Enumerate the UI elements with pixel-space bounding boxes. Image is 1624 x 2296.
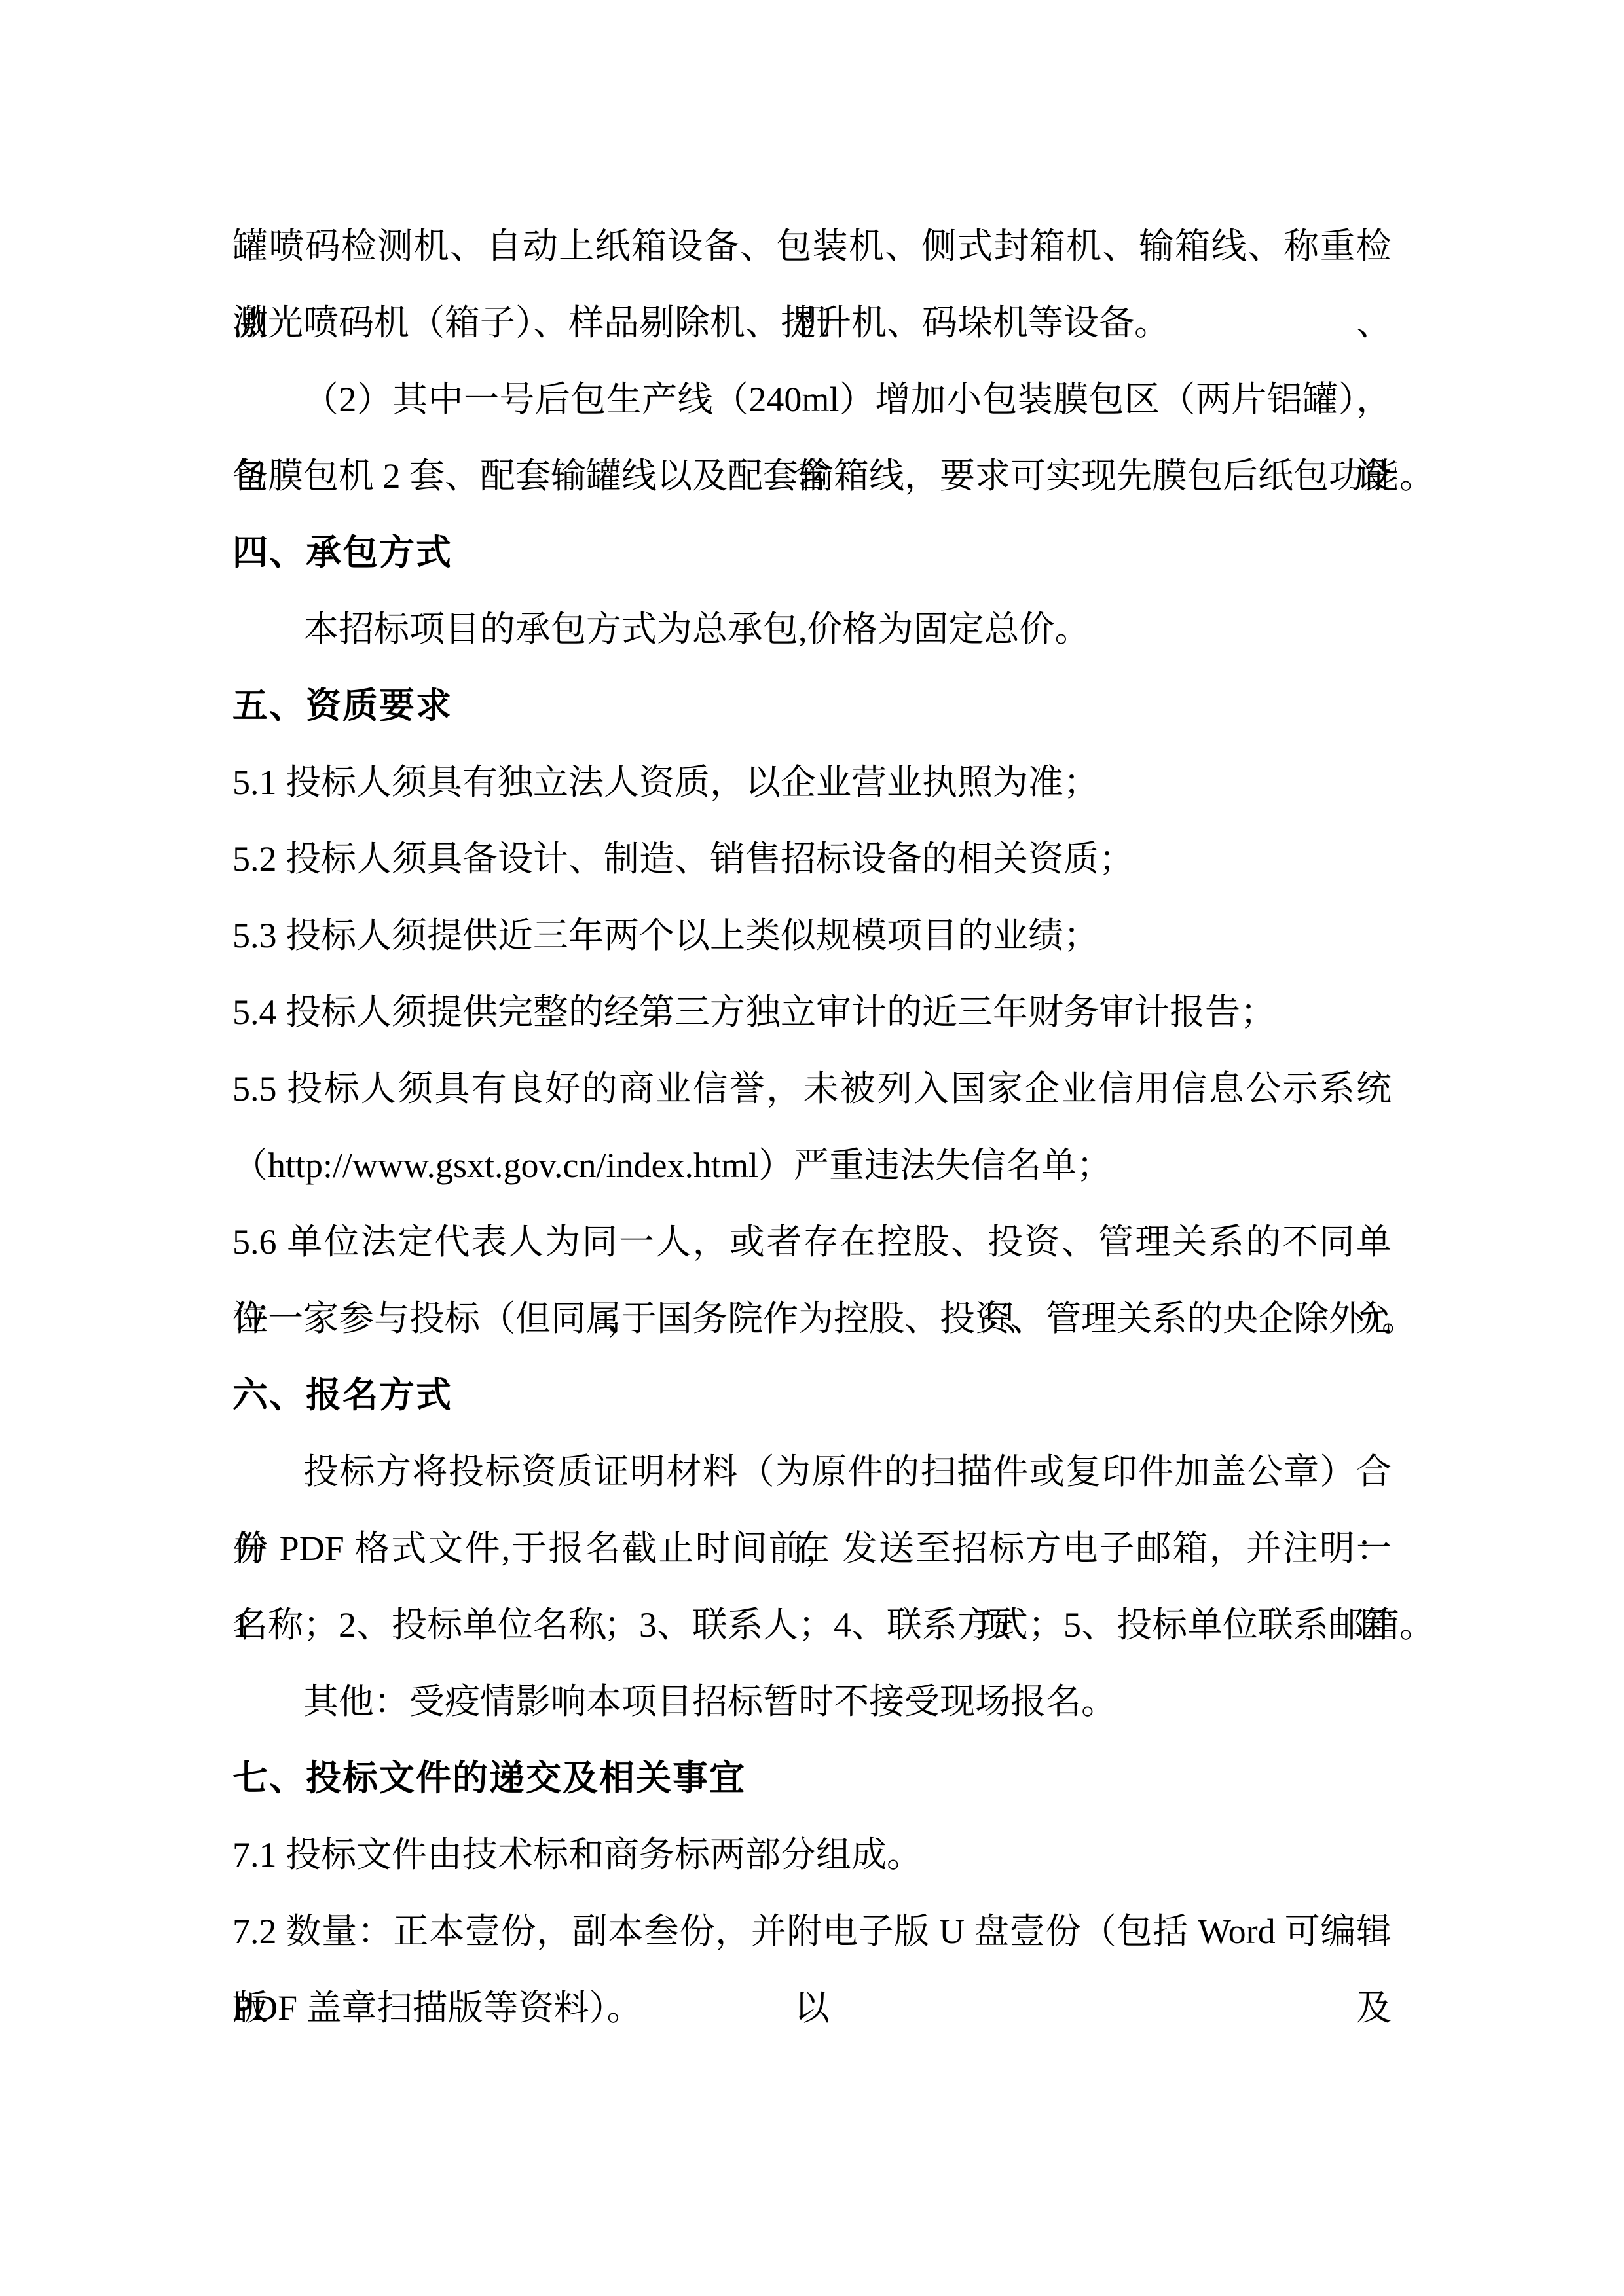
text-line: 5.1 投标人须具有独立法人资质，以企业营业执照为准； [232, 744, 1392, 821]
text-line: 5.3 投标人须提供近三年两个以上类似规模项目的业绩； [232, 898, 1392, 974]
text-line: （2）其中一号后包生产线（240ml）增加小包装膜包区（两片铝罐），包含设 [232, 361, 1392, 438]
section-heading-bid-submission: 七、投标文件的递交及相关事宜 [232, 1740, 1392, 1817]
text-line: 5.4 投标人须提供完整的经第三方独立审计的近三年财务审计报告； [232, 974, 1392, 1051]
text-line: 5.5 投标人须具有良好的商业信誉，未被列入国家企业信用信息公示系统 [232, 1051, 1392, 1127]
section-heading-registration-method: 六、报名方式 [232, 1357, 1392, 1434]
section-heading-qualification-requirements: 五、资质要求 [232, 668, 1392, 744]
text-line: 5.6 单位法定代表人为同一人，或者存在控股、投资、管理关系的不同单位，只允 [232, 1204, 1392, 1281]
document-body: 罐喷码检测机、自动上纸箱设备、包装机、侧式封箱机、输箱线、称重检测机、 激光喷码… [232, 208, 1392, 2047]
text-line: 许一家参与投标（但同属于国务院作为控股、投资、管理关系的央企除外）。 [232, 1281, 1392, 1357]
text-line: 7.2 数量：正本壹份，副本叁份，并附电子版 U 盘壹份（包括 Word 可编辑… [232, 1893, 1392, 1970]
section-heading-contracting-method: 四、承包方式 [232, 515, 1392, 591]
text-line: 名称；2、投标单位名称；3、联系人；4、联系方式；5、投标单位联系邮箱。 [232, 1587, 1392, 1664]
text-line: 备膜包机 2 套、配套输罐线以及配套输箱线，要求可实现先膜包后纸包功能。 [232, 438, 1392, 515]
text-line: 其他：受疫情影响本项目招标暂时不接受现场报名。 [232, 1664, 1392, 1740]
text-line: 本招标项目的承包方式为总承包,价格为固定总价。 [232, 591, 1392, 668]
text-line: 5.2 投标人须具备设计、制造、销售招标设备的相关资质； [232, 821, 1392, 898]
text-line: 份 PDF 格式文件,于报名截止时间前，发送至招标方电子邮箱，并注明：1、项目 [232, 1510, 1392, 1587]
document-page: 罐喷码检测机、自动上纸箱设备、包装机、侧式封箱机、输箱线、称重检测机、 激光喷码… [0, 0, 1624, 2296]
text-line-url: （http://www.gsxt.gov.cn/index.html）严重违法失… [232, 1127, 1392, 1204]
text-line: 7.1 投标文件由技术标和商务标两部分组成。 [232, 1817, 1392, 1893]
text-line: 罐喷码检测机、自动上纸箱设备、包装机、侧式封箱机、输箱线、称重检测机、 [232, 208, 1392, 285]
text-line: 投标方将投标资质证明材料（为原件的扫描件或复印件加盖公章）合并在一 [232, 1434, 1392, 1510]
